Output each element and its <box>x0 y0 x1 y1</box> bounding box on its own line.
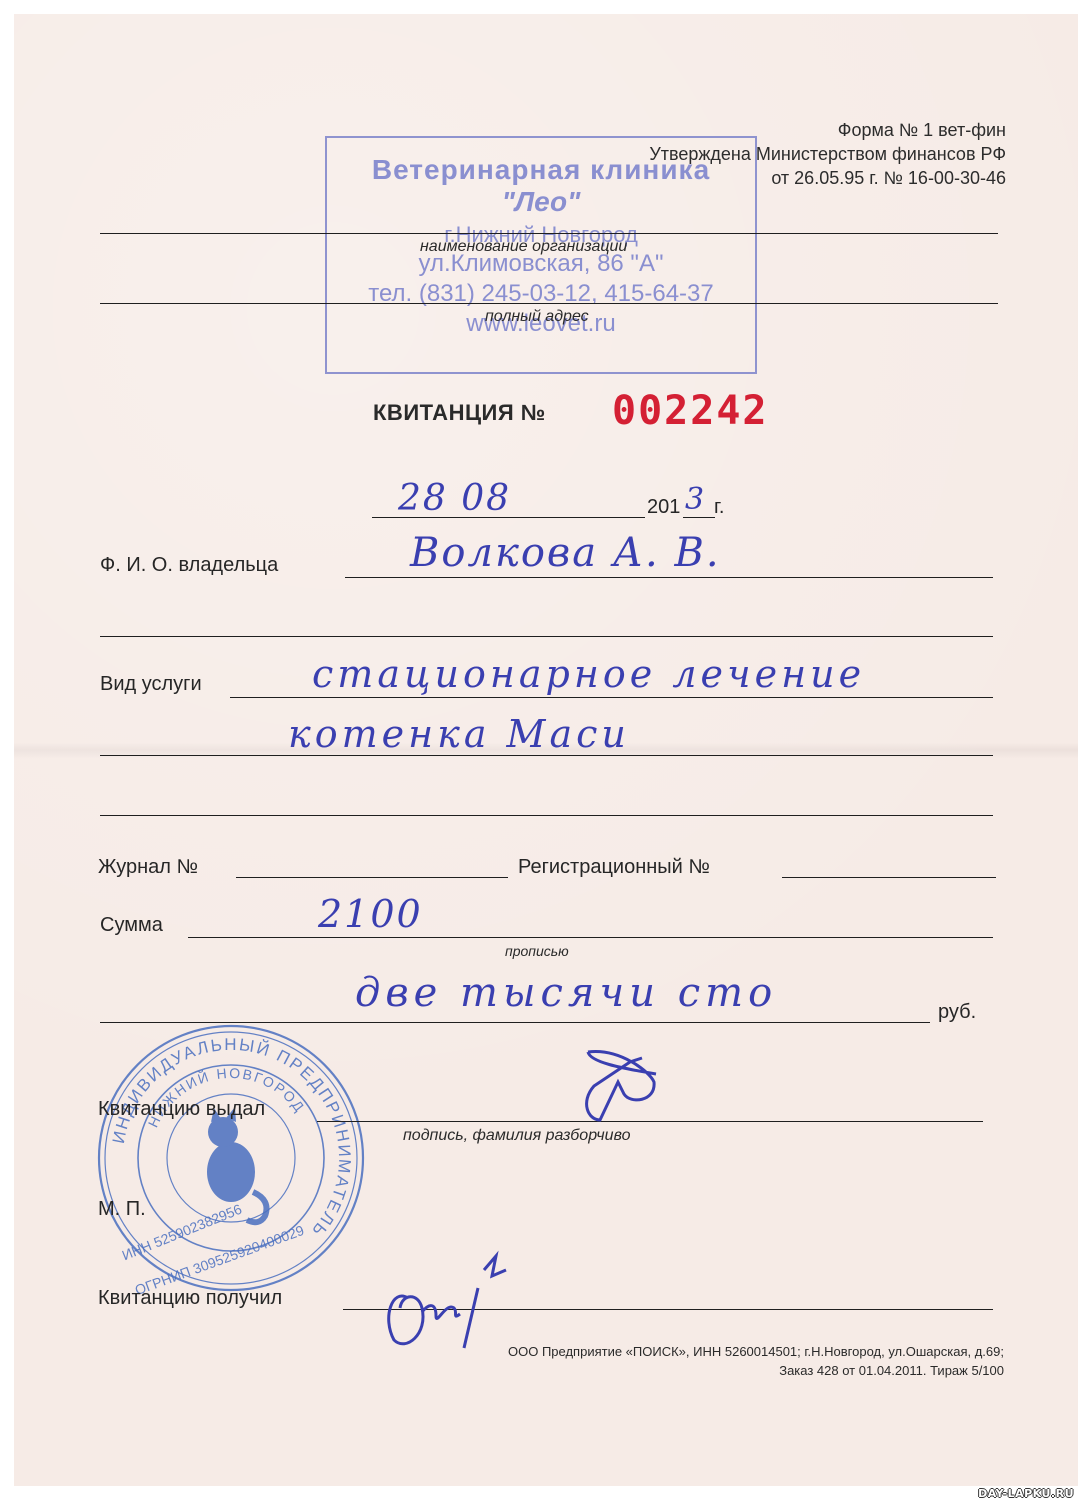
site-watermark: DAY-LAPKU.RU <box>978 1487 1074 1500</box>
owner-line <box>345 577 993 578</box>
receipt-title: КВИТАНЦИЯ № <box>373 400 546 426</box>
owner-extra-line <box>100 636 993 637</box>
date-line <box>372 517 645 518</box>
service-line-3 <box>100 815 993 816</box>
service-label: Вид услуги <box>100 673 202 696</box>
org-name-line <box>100 233 998 234</box>
org-name-hint: наименование организации <box>420 238 627 256</box>
address-line <box>100 303 998 304</box>
sum-line <box>188 937 993 938</box>
owner-value[interactable]: Волкова А. В. <box>410 530 721 576</box>
receiver-signature <box>372 1248 532 1352</box>
year-value: 3 <box>685 482 706 517</box>
service-value-line1[interactable]: стационарное лечение <box>312 652 865 696</box>
printer-line-1: ООО Предприятие «ПОИСК», ИНН 5260014501;… <box>508 1342 1004 1361</box>
issued-by-label: Квитанцию выдал <box>98 1098 265 1121</box>
service-line-2 <box>100 755 993 756</box>
mp-label: М. П. <box>98 1198 146 1221</box>
received-by-label: Квитанцию получил <box>98 1287 282 1310</box>
currency-label: руб. <box>938 1001 976 1024</box>
service-line-1 <box>230 697 993 698</box>
stamp-clinic-type: Ветеринарная клиника <box>327 154 755 186</box>
printer-info: ООО Предприятие «ПОИСК», ИНН 5260014501;… <box>508 1342 1004 1380</box>
sum-words-value[interactable]: две тысячи сто <box>355 970 777 1016</box>
date-value: 28 08 <box>398 478 511 519</box>
year-prefix: 201 <box>647 496 680 519</box>
journal-label: Журнал № <box>98 856 198 879</box>
printer-line-2: Заказ 428 от 01.04.2011. Тираж 5/100 <box>508 1361 1004 1380</box>
issuer-signature <box>560 1042 670 1124</box>
registration-field[interactable] <box>782 877 996 878</box>
year-line <box>683 517 715 518</box>
in-words-hint: прописью <box>505 943 569 959</box>
sum-label: Сумма <box>100 914 163 937</box>
address-hint: полный адрес <box>485 308 589 326</box>
service-value-line2[interactable]: котенка Маси <box>288 712 630 756</box>
registration-label: Регистрационный № <box>518 856 710 879</box>
owner-label: Ф. И. О. владельца <box>100 554 278 577</box>
journal-field[interactable] <box>236 877 508 878</box>
sum-value[interactable]: 2100 <box>318 892 423 936</box>
signature-hint: подпись, фамилия разборчиво <box>403 1127 630 1145</box>
receipt-number: 002242 <box>612 388 769 434</box>
stamp-clinic-name: "Лео" <box>327 186 755 218</box>
year-suffix: г. <box>714 496 724 519</box>
